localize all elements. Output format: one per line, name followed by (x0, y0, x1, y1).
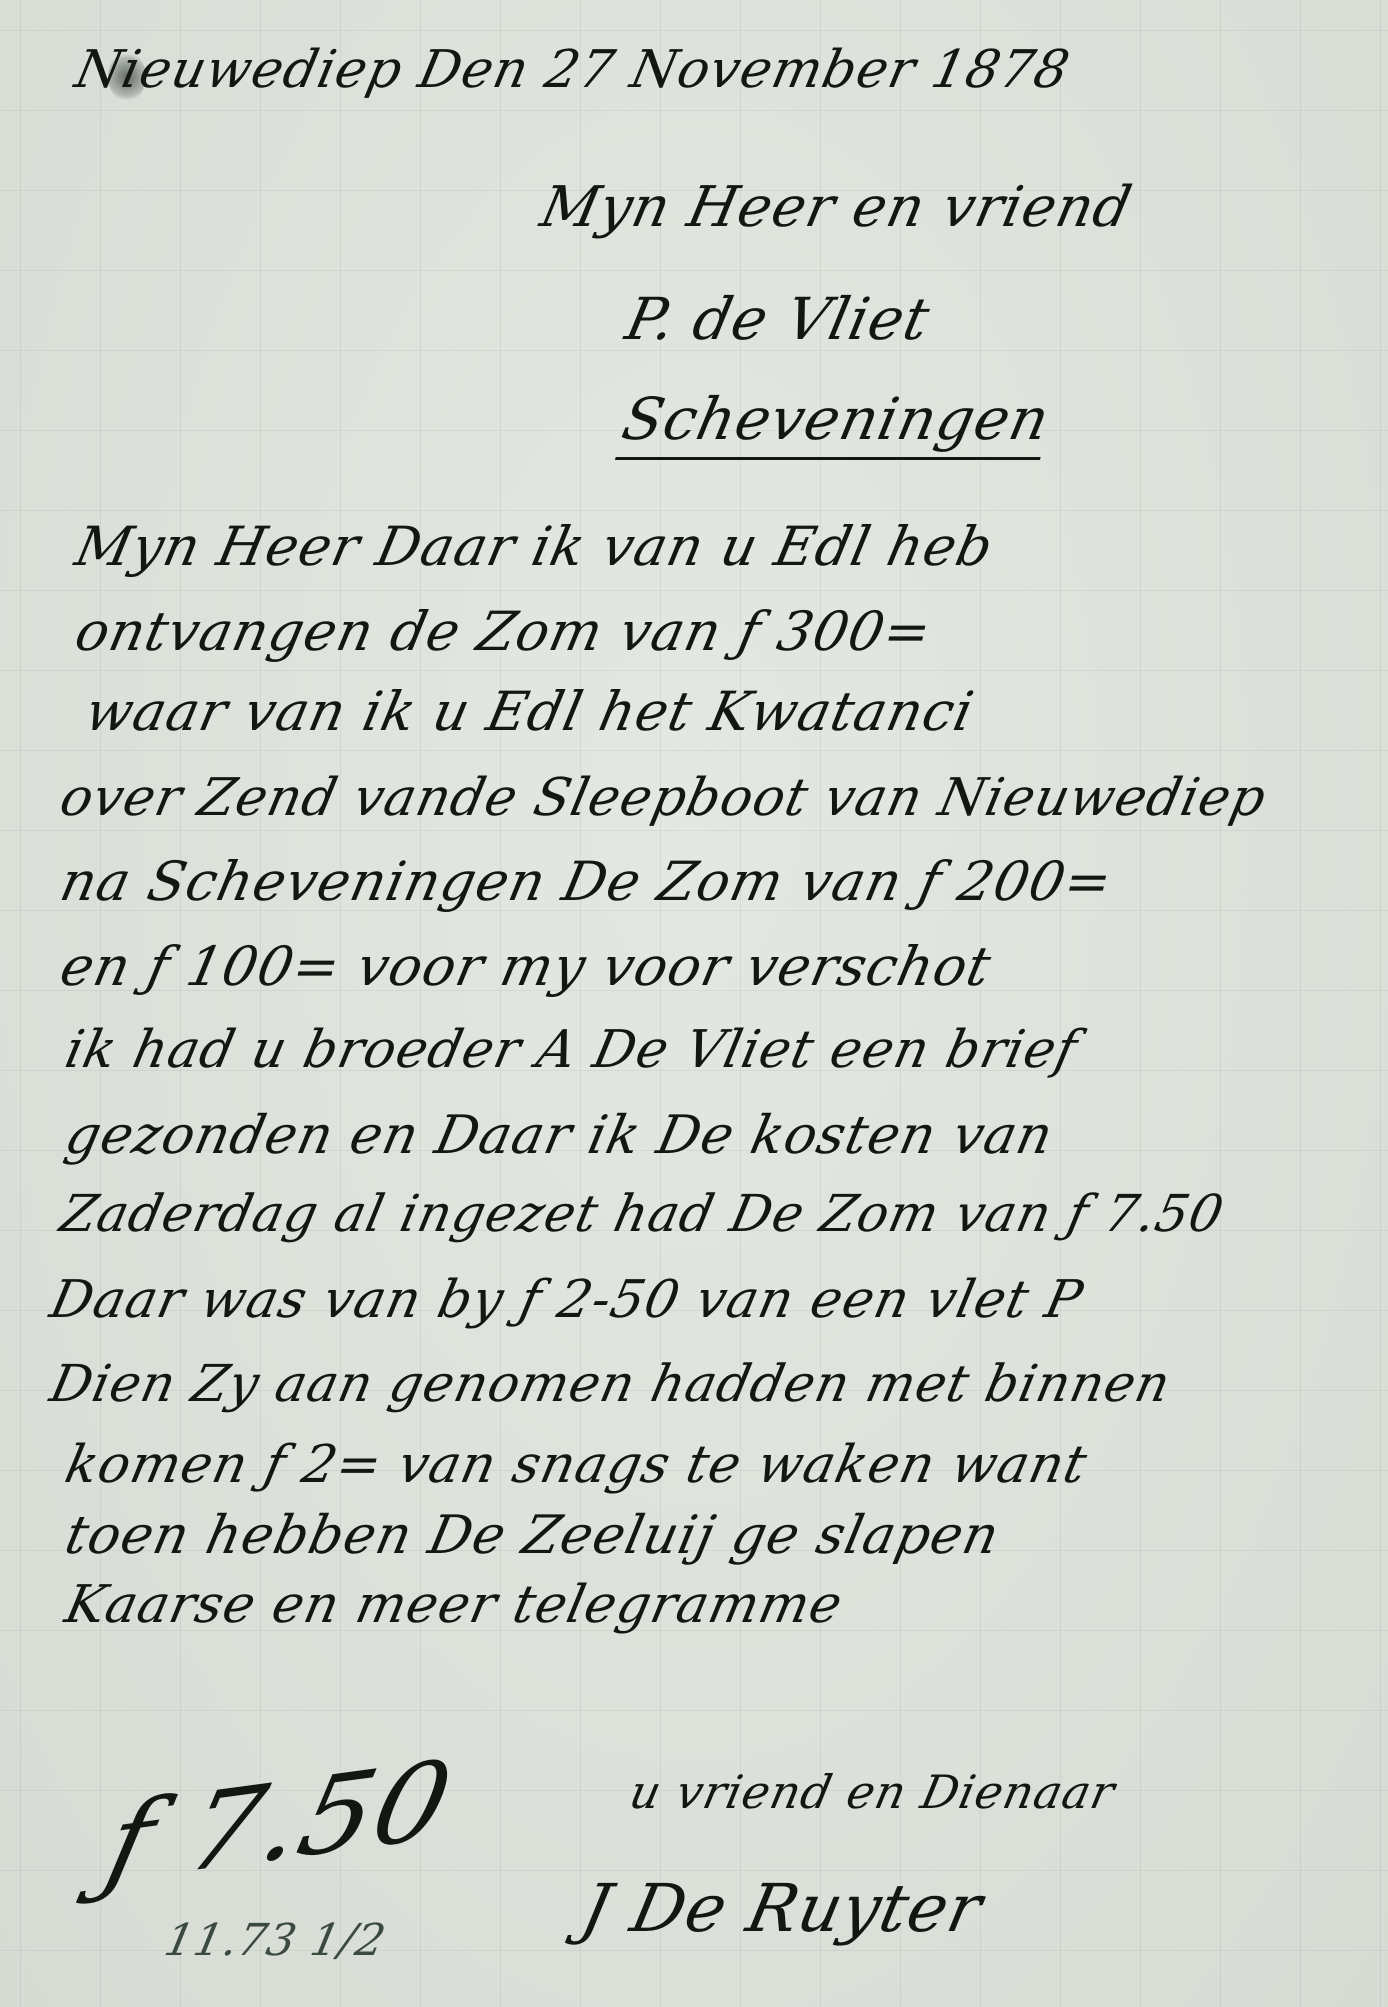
body-line-13: toen hebben De Zeeluij ge slapen (60, 1505, 1005, 1566)
body-line-12: komen ƒ 2= van snags te waken want (60, 1435, 1093, 1495)
body-line-7: ik had u broeder A De Vliet een brief (60, 1020, 1083, 1080)
body-line-3: waar van ik u Edl het Kwatanci (80, 680, 980, 743)
recipient-name: P. de Vliet (620, 285, 936, 353)
salutation-line: Myn Heer en vriend (535, 175, 1138, 240)
place-date-line: Nieuwediep Den 27 November 1878 (70, 40, 1075, 100)
body-line-10: Daar was van by ƒ 2-50 van een vlet P (45, 1270, 1088, 1330)
body-line-14: Kaarse en meer telegramme (60, 1575, 848, 1635)
body-line-6: en ƒ 100= voor my voor verschot (55, 935, 997, 998)
body-line-9: Zaderdag al ingezet had De Zom van ƒ 7.5… (55, 1185, 1229, 1244)
body-line-8: gezonden en Daar ik De kosten van (60, 1105, 1059, 1166)
body-line-5: na Scheveningen De Zom van ƒ 200= (55, 850, 1118, 913)
body-line-4: over Zend vande Sleepboot van Nieuwediep (55, 768, 1272, 828)
body-line-2: ontvangen de Zom van ƒ 300= (70, 600, 938, 663)
body-line-11: Dien Zy aan genomen hadden met binnen (45, 1355, 1176, 1414)
margin-amount-note: ƒ 7.50 (95, 1736, 463, 1908)
pencil-margin-note: 11.73 1/2 (160, 1915, 391, 1966)
signature: J De Ruyter (575, 1870, 989, 1947)
valediction: u vriend en Dienaar (625, 1765, 1120, 1819)
body-line-1: Myn Heer Daar ik van u Edl heb (70, 515, 999, 578)
letter-page: Nieuwediep Den 27 November 1878 Myn Heer… (0, 0, 1388, 2007)
recipient-city: Scheveningen (615, 385, 1056, 460)
